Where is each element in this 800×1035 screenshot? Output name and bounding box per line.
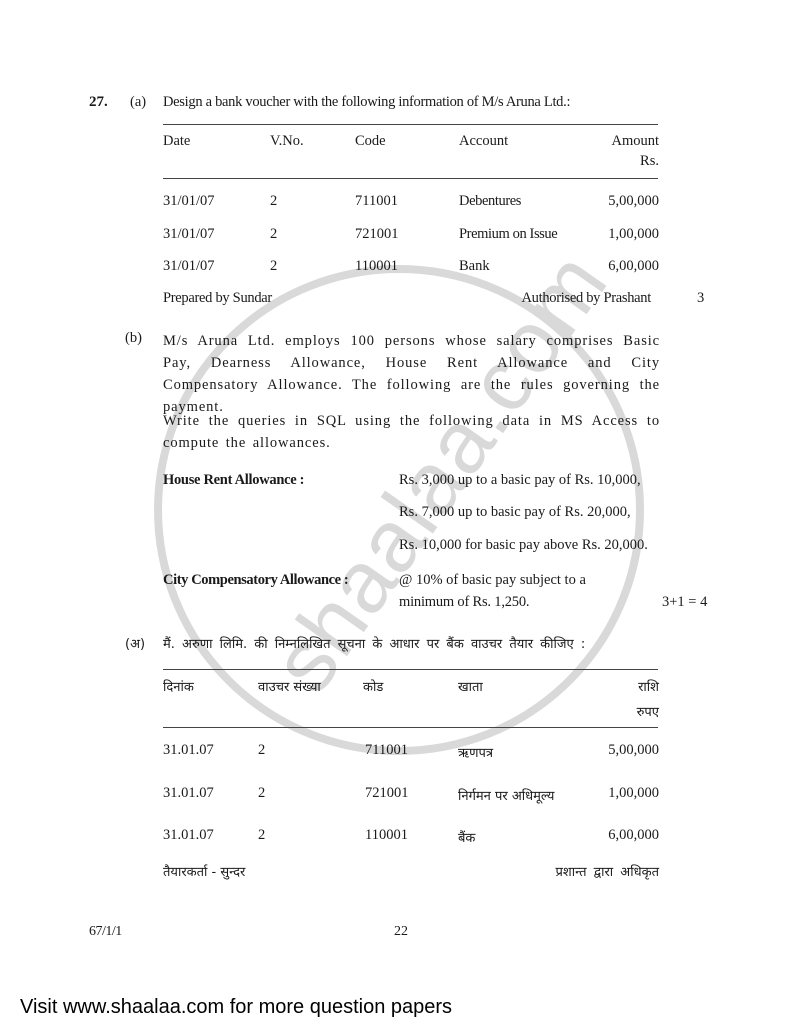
header-amount: राशि bbox=[638, 677, 659, 695]
cell-code: 721001 bbox=[355, 226, 399, 243]
cell-code: 721001 bbox=[365, 785, 409, 802]
part-b-label: (b) bbox=[125, 330, 142, 347]
cell-vno: 2 bbox=[258, 742, 265, 759]
cell-date: 31/01/07 bbox=[163, 258, 215, 275]
cell-account: Premium on Issue bbox=[459, 226, 557, 243]
cell-date: 31/01/07 bbox=[163, 226, 215, 243]
cell-amount: 5,00,000 bbox=[608, 193, 659, 210]
header-code: कोड bbox=[363, 677, 383, 695]
cell-account: Debentures bbox=[459, 193, 521, 210]
header-account: Account bbox=[459, 133, 508, 150]
header-date: दिनांक bbox=[163, 677, 194, 695]
part-b-paragraph-1: M/s Aruna Ltd. employs 100 persons whose… bbox=[163, 330, 660, 418]
cell-code: 711001 bbox=[355, 193, 398, 210]
cell-code: 110001 bbox=[365, 827, 408, 844]
header-vno: V.No. bbox=[270, 133, 304, 150]
header-amount: Amount bbox=[611, 133, 659, 150]
question-page: 27. (a) Design a bank voucher with the f… bbox=[0, 0, 800, 1035]
cell-vno: 2 bbox=[258, 785, 265, 802]
table-header-rule bbox=[163, 178, 658, 179]
cell-account: बैंक bbox=[458, 828, 475, 846]
cca-label: City Compensatory Allowance : bbox=[163, 572, 348, 589]
paper-code: 67/1/1 bbox=[89, 924, 122, 940]
page-number: 22 bbox=[394, 924, 408, 940]
cell-account: Bank bbox=[459, 258, 490, 275]
cell-vno: 2 bbox=[270, 226, 277, 243]
marks-part-b: 3+1 = 4 bbox=[662, 594, 707, 611]
authorised-by-hindi: प्रशान्त द्वारा अधिकृत bbox=[556, 862, 660, 880]
hra-rule-3: Rs. 10,000 for basic pay above Rs. 20,00… bbox=[399, 537, 648, 554]
header-date: Date bbox=[163, 133, 190, 150]
cell-date: 31.01.07 bbox=[163, 827, 214, 844]
cell-date: 31.01.07 bbox=[163, 785, 214, 802]
cell-account: ऋणपत्र bbox=[458, 743, 493, 761]
cell-code: 110001 bbox=[355, 258, 398, 275]
part-a-hindi-label: (अ) bbox=[125, 634, 145, 652]
table-top-rule bbox=[163, 669, 658, 670]
header-account: खाता bbox=[458, 677, 483, 695]
header-code: Code bbox=[355, 133, 386, 150]
table-top-rule bbox=[163, 124, 658, 125]
cell-amount: 6,00,000 bbox=[608, 827, 659, 844]
cell-vno: 2 bbox=[258, 827, 265, 844]
cca-rule-line-2: minimum of Rs. 1,250. bbox=[399, 594, 529, 611]
cell-amount: 6,00,000 bbox=[608, 258, 659, 275]
hra-rule-1: Rs. 3,000 up to a basic pay of Rs. 10,00… bbox=[399, 472, 641, 489]
cell-vno: 2 bbox=[270, 258, 277, 275]
header-vno: वाउचर संख्या bbox=[258, 677, 321, 695]
cell-code: 711001 bbox=[365, 742, 408, 759]
marks-part-a: 3 bbox=[697, 290, 704, 307]
cell-account: निर्गमन पर अधिमूल्य bbox=[458, 786, 554, 804]
header-amount-unit: रुपए bbox=[637, 702, 659, 720]
cell-amount: 1,00,000 bbox=[608, 226, 659, 243]
part-a-hindi-prompt: मैं. अरुणा लिमि. की निम्नलिखित सूचना के … bbox=[163, 634, 585, 652]
hra-rule-2: Rs. 7,000 up to basic pay of Rs. 20,000, bbox=[399, 504, 631, 521]
question-number: 27. bbox=[89, 94, 108, 111]
hra-label: House Rent Allowance : bbox=[163, 472, 304, 489]
table-header-rule bbox=[163, 727, 658, 728]
cca-rule-line-1: @ 10% of basic pay subject to a bbox=[399, 572, 586, 589]
part-b-paragraph-2: Write the queries in SQL using the follo… bbox=[163, 410, 660, 454]
cell-amount: 1,00,000 bbox=[608, 785, 659, 802]
part-a-label: (a) bbox=[130, 94, 146, 111]
prepared-by: Prepared by Sundar bbox=[163, 290, 272, 307]
prepared-by-hindi: तैयारकर्ता - सुन्दर bbox=[163, 862, 245, 880]
cell-date: 31/01/07 bbox=[163, 193, 215, 210]
header-amount-unit: Rs. bbox=[640, 153, 659, 170]
cell-amount: 5,00,000 bbox=[608, 742, 659, 759]
authorised-by: Authorised by Prashant bbox=[521, 290, 651, 307]
cell-date: 31.01.07 bbox=[163, 742, 214, 759]
cell-vno: 2 bbox=[270, 193, 277, 210]
promo-link[interactable]: Visit www.shaalaa.com for more question … bbox=[20, 996, 452, 1019]
part-a-prompt: Design a bank voucher with the following… bbox=[163, 94, 570, 111]
